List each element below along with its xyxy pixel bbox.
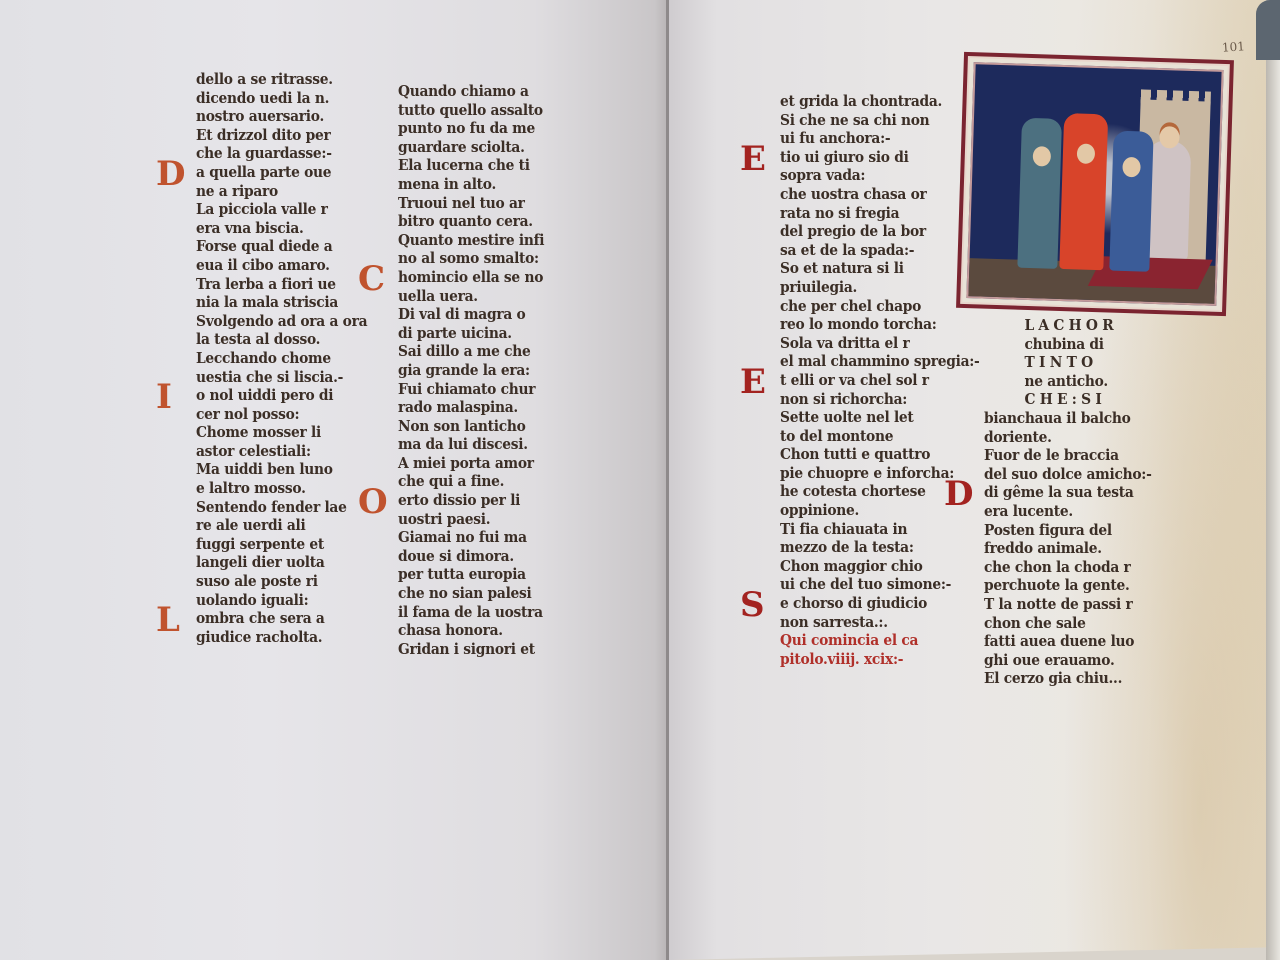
text-line: Sentendo fender lae [196, 498, 367, 517]
miniature-figure-red [1059, 113, 1108, 270]
text-line: che uostra chasa or [780, 185, 980, 204]
text-line: So et natura si li [780, 259, 980, 278]
text-line: Lecchando chome [196, 349, 367, 368]
left-column-2: Quando chiamo atutto quello assaltopunto… [398, 82, 557, 658]
text-line: Gridan i signori et [398, 640, 544, 659]
text-line: Giamai no fui ma [398, 528, 544, 547]
text-line: bitro quanto cera. [398, 212, 544, 231]
text-line: suso ale poste ri [196, 572, 367, 591]
adjacent-leaf-edge [1266, 0, 1280, 960]
text-line: era lucente. [984, 502, 1152, 521]
decorated-initial: C [358, 262, 385, 296]
text-line: che chon la choda r [984, 558, 1152, 577]
text-line: non si richorcha: [780, 390, 980, 409]
text-line: Ela lucerna che ti [398, 156, 544, 175]
text-line: non sarresta.:. [780, 613, 980, 632]
text-line: dicendo uedi la n. [196, 89, 367, 108]
text-line: tutto quello assalto [398, 101, 544, 120]
rubric-heading-line: L A C H O R [984, 316, 1152, 335]
decorated-initial: L [156, 603, 180, 637]
text-line: A miei porta amor [398, 454, 544, 473]
text-line: giudice racholta. [196, 628, 367, 647]
text-line: guardare sciolta. [398, 138, 544, 157]
text-line: cer nol posso: [196, 405, 367, 424]
text-line: o nol uiddi pero di [196, 386, 367, 405]
left-column-1: dello a se ritrasse.dicendo uedi la n.no… [196, 70, 382, 646]
text-line: nostro auersario. [196, 107, 367, 126]
text-line: eua il cibo amaro. [196, 256, 367, 275]
text-line: sa et de la spada:- [780, 241, 980, 260]
decorated-initial: S [740, 588, 765, 622]
folio-number: 101 [1222, 39, 1246, 55]
text-line: Svolgendo ad ora a ora [196, 312, 367, 331]
text-line: il fama de la uostra [398, 603, 544, 622]
text-line: e chorso di giudicio [780, 594, 980, 613]
text-line: langeli dier uolta [196, 553, 367, 572]
text-line: rata no si fregia [780, 204, 980, 223]
text-line: che no sian palesi [398, 584, 544, 603]
text-line: ne a riparo [196, 182, 367, 201]
decorated-initial: D [944, 477, 973, 511]
text-line: ui che del tuo simone:- [780, 575, 980, 594]
text-line: ghi oue erauamo. [984, 651, 1152, 670]
text-line: doue si dimora. [398, 547, 544, 566]
text-line: El cerzo gia chiu... [984, 669, 1152, 688]
text-line: Fuor de le braccia [984, 446, 1152, 465]
manuscript-spread: 101 dello a se ritrasse.dicendo uedi la … [0, 0, 1280, 960]
text-line: gia grande la era: [398, 361, 544, 380]
text-line: di gême la sua testa [984, 483, 1152, 502]
rubric-line: pitolo.viiij. xcix:- [780, 650, 980, 669]
text-line: Fui chiamato chur [398, 380, 544, 399]
text-line: Sette uolte nel let [780, 408, 980, 427]
text-line: Chome mosser li [196, 423, 367, 442]
text-line: re ale uerdi ali [196, 516, 367, 535]
text-line: nia la mala striscia [196, 293, 367, 312]
illuminated-miniature [956, 52, 1234, 316]
text-line: di parte uicina. [398, 324, 544, 343]
text-line: a quella parte oue [196, 163, 367, 182]
rubric-line: Qui comincia el ca [780, 631, 980, 650]
text-line: dello a se ritrasse. [196, 70, 367, 89]
text-line: e laltro mosso. [196, 479, 367, 498]
text-line: del suo dolce amicho:- [984, 465, 1152, 484]
text-line: uestia che si liscia.- [196, 368, 367, 387]
text-line: per tutta europia [398, 565, 544, 584]
text-line: homincio ella se no [398, 268, 544, 287]
text-line: Sola va dritta el r [780, 334, 980, 353]
rubric-heading-line: ne anticho. [984, 372, 1152, 391]
text-line: del pregio de la bor [780, 222, 980, 241]
text-line: Di val di magra o [398, 305, 544, 324]
text-line: sopra vada: [780, 166, 980, 185]
adjacent-object [1256, 0, 1280, 60]
text-line: Non son lanticho [398, 417, 544, 436]
text-line: uella uera. [398, 287, 544, 306]
text-line: el mal chammino spregia:- [780, 352, 980, 371]
text-line: Si che ne sa chi non [780, 111, 980, 130]
text-line: bianchaua il balcho [984, 409, 1152, 428]
text-line: doriente. [984, 428, 1152, 447]
text-line: ui fu anchora:- [780, 129, 980, 148]
text-line: Forse qual diede a [196, 237, 367, 256]
decorated-initial: I [156, 380, 172, 414]
text-line: to del montone [780, 427, 980, 446]
text-line: t elli or va chel sol r [780, 371, 980, 390]
text-line: fatti auea duene luo [984, 632, 1152, 651]
miniature-red-steps [1088, 256, 1213, 289]
text-line: Chon tutti e quattro [780, 445, 980, 464]
text-line: T la notte de passi r [984, 595, 1152, 614]
text-line: astor celestiali: [196, 442, 367, 461]
text-line: era vna biscia. [196, 219, 367, 238]
text-line: che qui a fine. [398, 472, 544, 491]
rubric-heading-line: chubina di [984, 335, 1152, 354]
text-line: freddo animale. [984, 539, 1152, 558]
text-line: ombra che sera a [196, 609, 367, 628]
text-line: et grida la chontrada. [780, 92, 980, 111]
text-line: erto dissio per li [398, 491, 544, 510]
decorated-initial: E [740, 365, 766, 399]
text-line: tio ui giuro sio di [780, 148, 980, 167]
text-line: Chon maggior chio [780, 557, 980, 576]
rubric-heading-line: T I N T O [984, 353, 1152, 372]
text-line: punto no fu da me [398, 119, 544, 138]
text-line: Ma uiddi ben luno [196, 460, 367, 479]
decorated-initial: D [156, 157, 185, 191]
text-line: La picciola valle r [196, 200, 367, 219]
text-line: Sai dillo a me che [398, 342, 544, 361]
text-line: reo lo mondo torcha: [780, 315, 980, 334]
text-line: uolando iguali: [196, 591, 367, 610]
decorated-initial: E [740, 142, 766, 176]
text-line: mezzo de la testa: [780, 538, 980, 557]
text-line: uostri paesi. [398, 510, 544, 529]
text-line: priuilegia. [780, 278, 980, 297]
text-line: mena in alto. [398, 175, 544, 194]
text-line: Quando chiamo a [398, 82, 544, 101]
text-line: che la guardasse:- [196, 144, 367, 163]
text-line: ma da lui discesi. [398, 435, 544, 454]
text-line: chon che sale [984, 614, 1152, 633]
right-column-2: L A C H O Rchubina diT I N T One anticho… [984, 316, 1166, 688]
text-line: perchuote la gente. [984, 576, 1152, 595]
text-line: Quanto mestire infi [398, 231, 544, 250]
text-line: Tra lerba a fiori ue [196, 275, 367, 294]
text-line: Posten figura del [984, 521, 1152, 540]
text-line: la testa al dosso. [196, 330, 367, 349]
text-line: Ti fia chiauata in [780, 520, 980, 539]
text-line: fuggi serpente et [196, 535, 367, 554]
text-line: no al somo smalto: [398, 249, 544, 268]
text-line: Et drizzol dito per [196, 126, 367, 145]
miniature-figure-blue [1109, 131, 1153, 272]
miniature-sky [966, 62, 1223, 306]
text-line: rado malaspina. [398, 398, 544, 417]
decorated-initial: O [358, 485, 388, 519]
rubric-heading-line: C H E : S I [984, 390, 1152, 409]
text-line: chasa honora. [398, 621, 544, 640]
text-line: che per chel chapo [780, 297, 980, 316]
miniature-battlements [1141, 89, 1211, 105]
text-line: Truoui nel tuo ar [398, 194, 544, 213]
miniature-figure-green [1017, 118, 1062, 269]
